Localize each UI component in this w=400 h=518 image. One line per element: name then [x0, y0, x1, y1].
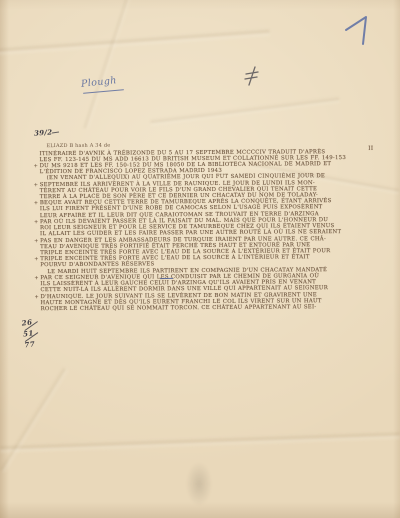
margin-plus-mark: + [34, 238, 38, 244]
pencil-smudge [186, 462, 212, 506]
photographed-typescript-page: { "page": { "description": "Photograph o… [0, 0, 400, 518]
margin-plus-mark: + [34, 275, 38, 281]
margin-plus-mark: + [34, 219, 38, 225]
handwritten-page-number [343, 13, 377, 51]
ink-underline [160, 277, 173, 278]
reference-fraction: 26 51 77 [21, 315, 51, 351]
typescript-block: ELIAZD B hash A 34 de ITINÉRAIRE D'AVNIK… [39, 141, 372, 313]
typescript-text: ITINÉRAIRE D'AVNIK À TRÉBIZONDE DU 5 AU … [39, 148, 372, 312]
margin-plus-mark: + [34, 163, 38, 169]
margin-plus-mark: + [34, 256, 38, 262]
folio-number: II [368, 146, 373, 152]
margin-plus-mark: + [34, 294, 38, 300]
reference-number: 39/2 [34, 127, 53, 137]
double-cross-mark [243, 66, 261, 90]
margin-plus-mark: + [34, 200, 38, 206]
margin-plus-mark: + [34, 182, 38, 188]
